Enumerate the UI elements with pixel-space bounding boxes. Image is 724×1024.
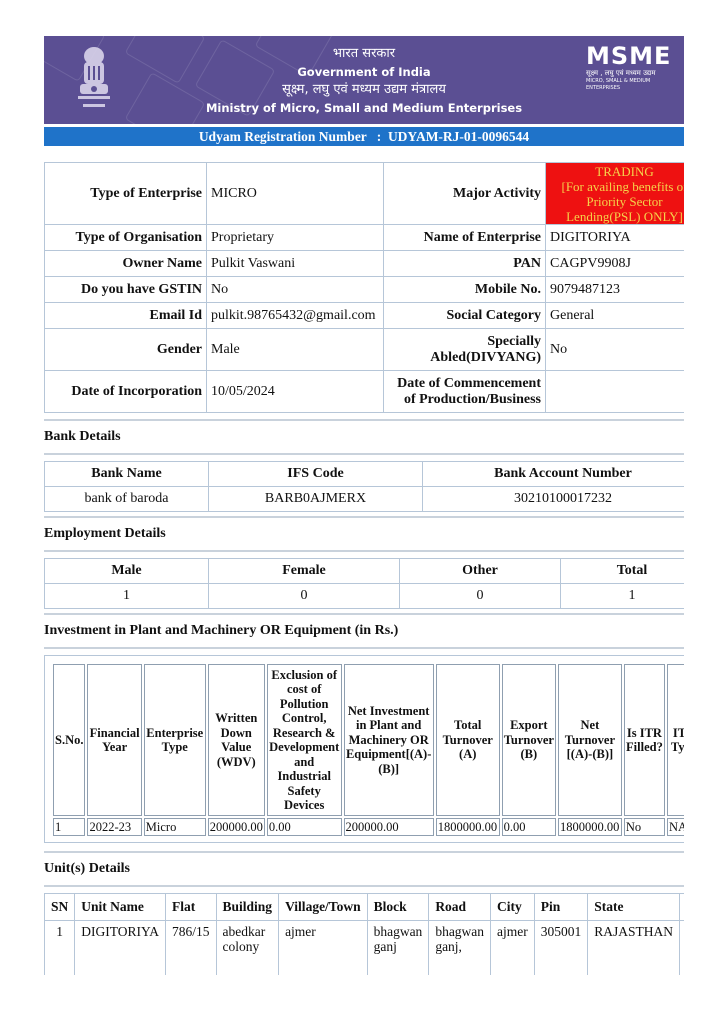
- unit-pin: 305001: [534, 921, 588, 976]
- type-of-enterprise-value: MICRO: [207, 163, 384, 225]
- social-category-label: Social Category: [384, 303, 546, 329]
- msme-logo-english: MICRO, SMALL & MEDIUM ENTERPRISES: [586, 78, 684, 92]
- investment-header: Exclusion of cost of Pollution Control, …: [267, 664, 342, 816]
- unit-block: bhagwan ganj: [367, 921, 429, 976]
- employment-header: Male: [45, 559, 209, 584]
- investment-table-wrapper: S.No. Financial Year Enterprise Type Wri…: [44, 655, 684, 843]
- udyam-certificate-page: भारत सरकार Government of India सूक्ष्म, …: [44, 36, 684, 975]
- unit-city: ajmer: [491, 921, 535, 976]
- female-count: 0: [209, 584, 400, 609]
- bank-name-value: bank of baroda: [45, 487, 209, 512]
- email-label: Email Id: [45, 303, 207, 329]
- units-header: Unit Name: [75, 894, 166, 921]
- investment-cell: 200000.00: [208, 818, 265, 836]
- unit-flat: 786/15: [166, 921, 217, 976]
- units-header: City: [491, 894, 535, 921]
- employment-header: Female: [209, 559, 400, 584]
- units-header: Building: [216, 894, 279, 921]
- units-title: Unit(s) Details: [44, 853, 684, 885]
- owner-name-value: Pulkit Vaswani: [207, 251, 384, 277]
- date-of-commencement-value: [546, 371, 685, 413]
- specially-abled-label-line: Specially: [388, 334, 541, 350]
- units-header: Block: [367, 894, 429, 921]
- header-banner: भारत सरकार Government of India सूक्ष्म, …: [44, 36, 684, 124]
- mobile-value: 9079487123: [546, 277, 685, 303]
- unit-state: RAJASTHAN: [588, 921, 680, 976]
- owner-name-label: Owner Name: [45, 251, 207, 277]
- units-table: SN Unit Name Flat Building Village/Town …: [44, 893, 684, 975]
- investment-cell: 2022-23: [87, 818, 141, 836]
- investment-table: S.No. Financial Year Enterprise Type Wri…: [51, 662, 684, 838]
- investment-title: Investment in Plant and Machinery OR Equ…: [44, 615, 684, 647]
- registration-label: Udyam Registration Number: [199, 129, 367, 144]
- name-of-enterprise-value: DIGITORIYA: [546, 225, 685, 251]
- major-activity-line: Priority Sector: [548, 194, 684, 209]
- investment-cell: 200000.00: [344, 818, 434, 836]
- investment-header: Net Turnover [(A)-(B)]: [558, 664, 622, 816]
- divider: [44, 453, 684, 455]
- specially-abled-value: No: [546, 329, 685, 371]
- msme-logo: MSME सूक्ष्म , लघु एवं मध्यम उद्यम MICRO…: [586, 44, 684, 92]
- investment-cell: 1800000.00: [436, 818, 500, 836]
- specially-abled-label-line: Abled(DIVYANG): [388, 350, 541, 366]
- type-of-organisation-value: Proprietary: [207, 225, 384, 251]
- table-row: 1 DIGITORIYA 786/15 abedkar colony ajmer…: [45, 921, 685, 976]
- investment-header: Is ITR Filled?: [624, 664, 665, 816]
- investment-cell: 1800000.00: [558, 818, 622, 836]
- account-number-value: 30210100017232: [423, 487, 685, 512]
- total-count: 1: [561, 584, 685, 609]
- employment-header: Other: [400, 559, 561, 584]
- investment-cell: Micro: [144, 818, 206, 836]
- major-activity-line: TRADING: [548, 164, 684, 179]
- pan-value: CAGPV9908J: [546, 251, 685, 277]
- major-activity-label: Major Activity: [384, 163, 546, 225]
- ifs-code-value: BARB0AJMERX: [209, 487, 423, 512]
- divider: [44, 647, 684, 649]
- investment-cell: 0.00: [502, 818, 556, 836]
- specially-abled-label: Specially Abled(DIVYANG): [384, 329, 546, 371]
- table-row: 1 0 0 1: [45, 584, 685, 609]
- employment-details-table: Male Female Other Total 1 0 0 1: [44, 558, 684, 609]
- email-value: pulkit.98765432@gmail.com: [207, 303, 384, 329]
- major-activity-line: Lending(PSL) ONLY]: [548, 209, 684, 224]
- pan-label: PAN: [384, 251, 546, 277]
- bank-details-title: Bank Details: [44, 421, 684, 453]
- mobile-label: Mobile No.: [384, 277, 546, 303]
- units-header: Village/Town: [279, 894, 368, 921]
- bank-header: Bank Account Number: [423, 462, 685, 487]
- investment-header: Enterprise Type: [144, 664, 206, 816]
- units-header: State: [588, 894, 680, 921]
- units-header: Road: [429, 894, 491, 921]
- investment-header: ITR Type: [667, 664, 684, 816]
- major-activity-line: [For availing benefits of: [548, 179, 684, 194]
- table-row: 1 2022-23 Micro 200000.00 0.00 200000.00…: [53, 818, 684, 836]
- units-header: Pin: [534, 894, 588, 921]
- unit-village: ajmer: [279, 921, 368, 976]
- investment-cell: 0.00: [267, 818, 342, 836]
- table-row: bank of baroda BARB0AJMERX 3021010001723…: [45, 487, 685, 512]
- investment-header: Net Investment in Plant and Machinery OR…: [344, 664, 434, 816]
- units-header: Flat: [166, 894, 217, 921]
- date-of-incorporation-value: 10/05/2024: [207, 371, 384, 413]
- investment-cell: 1: [53, 818, 85, 836]
- type-of-enterprise-label: Type of Enterprise: [45, 163, 207, 225]
- name-of-enterprise-label: Name of Enterprise: [384, 225, 546, 251]
- major-activity-value: TRADING [For availing benefits of Priori…: [546, 163, 685, 225]
- units-header: SN: [45, 894, 75, 921]
- gstin-label: Do you have GSTIN: [45, 277, 207, 303]
- registration-number: UDYAM-RJ-01-0096544: [388, 129, 529, 144]
- bank-header: IFS Code: [209, 462, 423, 487]
- unit-district: AJMER: [680, 921, 684, 976]
- gender-value: Male: [207, 329, 384, 371]
- investment-header: Total Turnover (A): [436, 664, 500, 816]
- date-of-incorporation-label: Date of Incorporation: [45, 371, 207, 413]
- investment-cell: NA: [667, 818, 684, 836]
- divider: [44, 885, 684, 887]
- units-header: District: [680, 894, 684, 921]
- employment-details-title: Employment Details: [44, 518, 684, 550]
- social-category-value: General: [546, 303, 685, 329]
- unit-building: abedkar colony: [216, 921, 279, 976]
- date-of-commencement-label-line: Date of Commencement: [388, 376, 541, 392]
- bank-details-table: Bank Name IFS Code Bank Account Number b…: [44, 461, 684, 512]
- msme-logo-text: MSME: [586, 44, 684, 68]
- male-count: 1: [45, 584, 209, 609]
- unit-road: bhagwan ganj,: [429, 921, 491, 976]
- employment-header: Total: [561, 559, 685, 584]
- gender-label: Gender: [45, 329, 207, 371]
- investment-header: Written Down Value (WDV): [208, 664, 265, 816]
- ministry-text: Ministry of Micro, Small and Medium Ente…: [44, 99, 684, 117]
- date-of-commencement-label-line: of Production/Business: [388, 392, 541, 408]
- unit-sn: 1: [45, 921, 75, 976]
- unit-name: DIGITORIYA: [75, 921, 166, 976]
- investment-header: S.No.: [53, 664, 85, 816]
- registration-separator: :: [377, 129, 382, 144]
- bank-header: Bank Name: [45, 462, 209, 487]
- divider: [44, 550, 684, 552]
- investment-header: Export Turnover (B): [502, 664, 556, 816]
- date-of-commencement-label: Date of Commencement of Production/Busin…: [384, 371, 546, 413]
- other-count: 0: [400, 584, 561, 609]
- enterprise-info-table: Type of Enterprise MICRO Major Activity …: [44, 162, 684, 413]
- investment-cell: No: [624, 818, 665, 836]
- investment-header: Financial Year: [87, 664, 141, 816]
- registration-number-bar: Udyam Registration Number : UDYAM-RJ-01-…: [44, 127, 684, 146]
- gstin-value: No: [207, 277, 384, 303]
- type-of-organisation-label: Type of Organisation: [45, 225, 207, 251]
